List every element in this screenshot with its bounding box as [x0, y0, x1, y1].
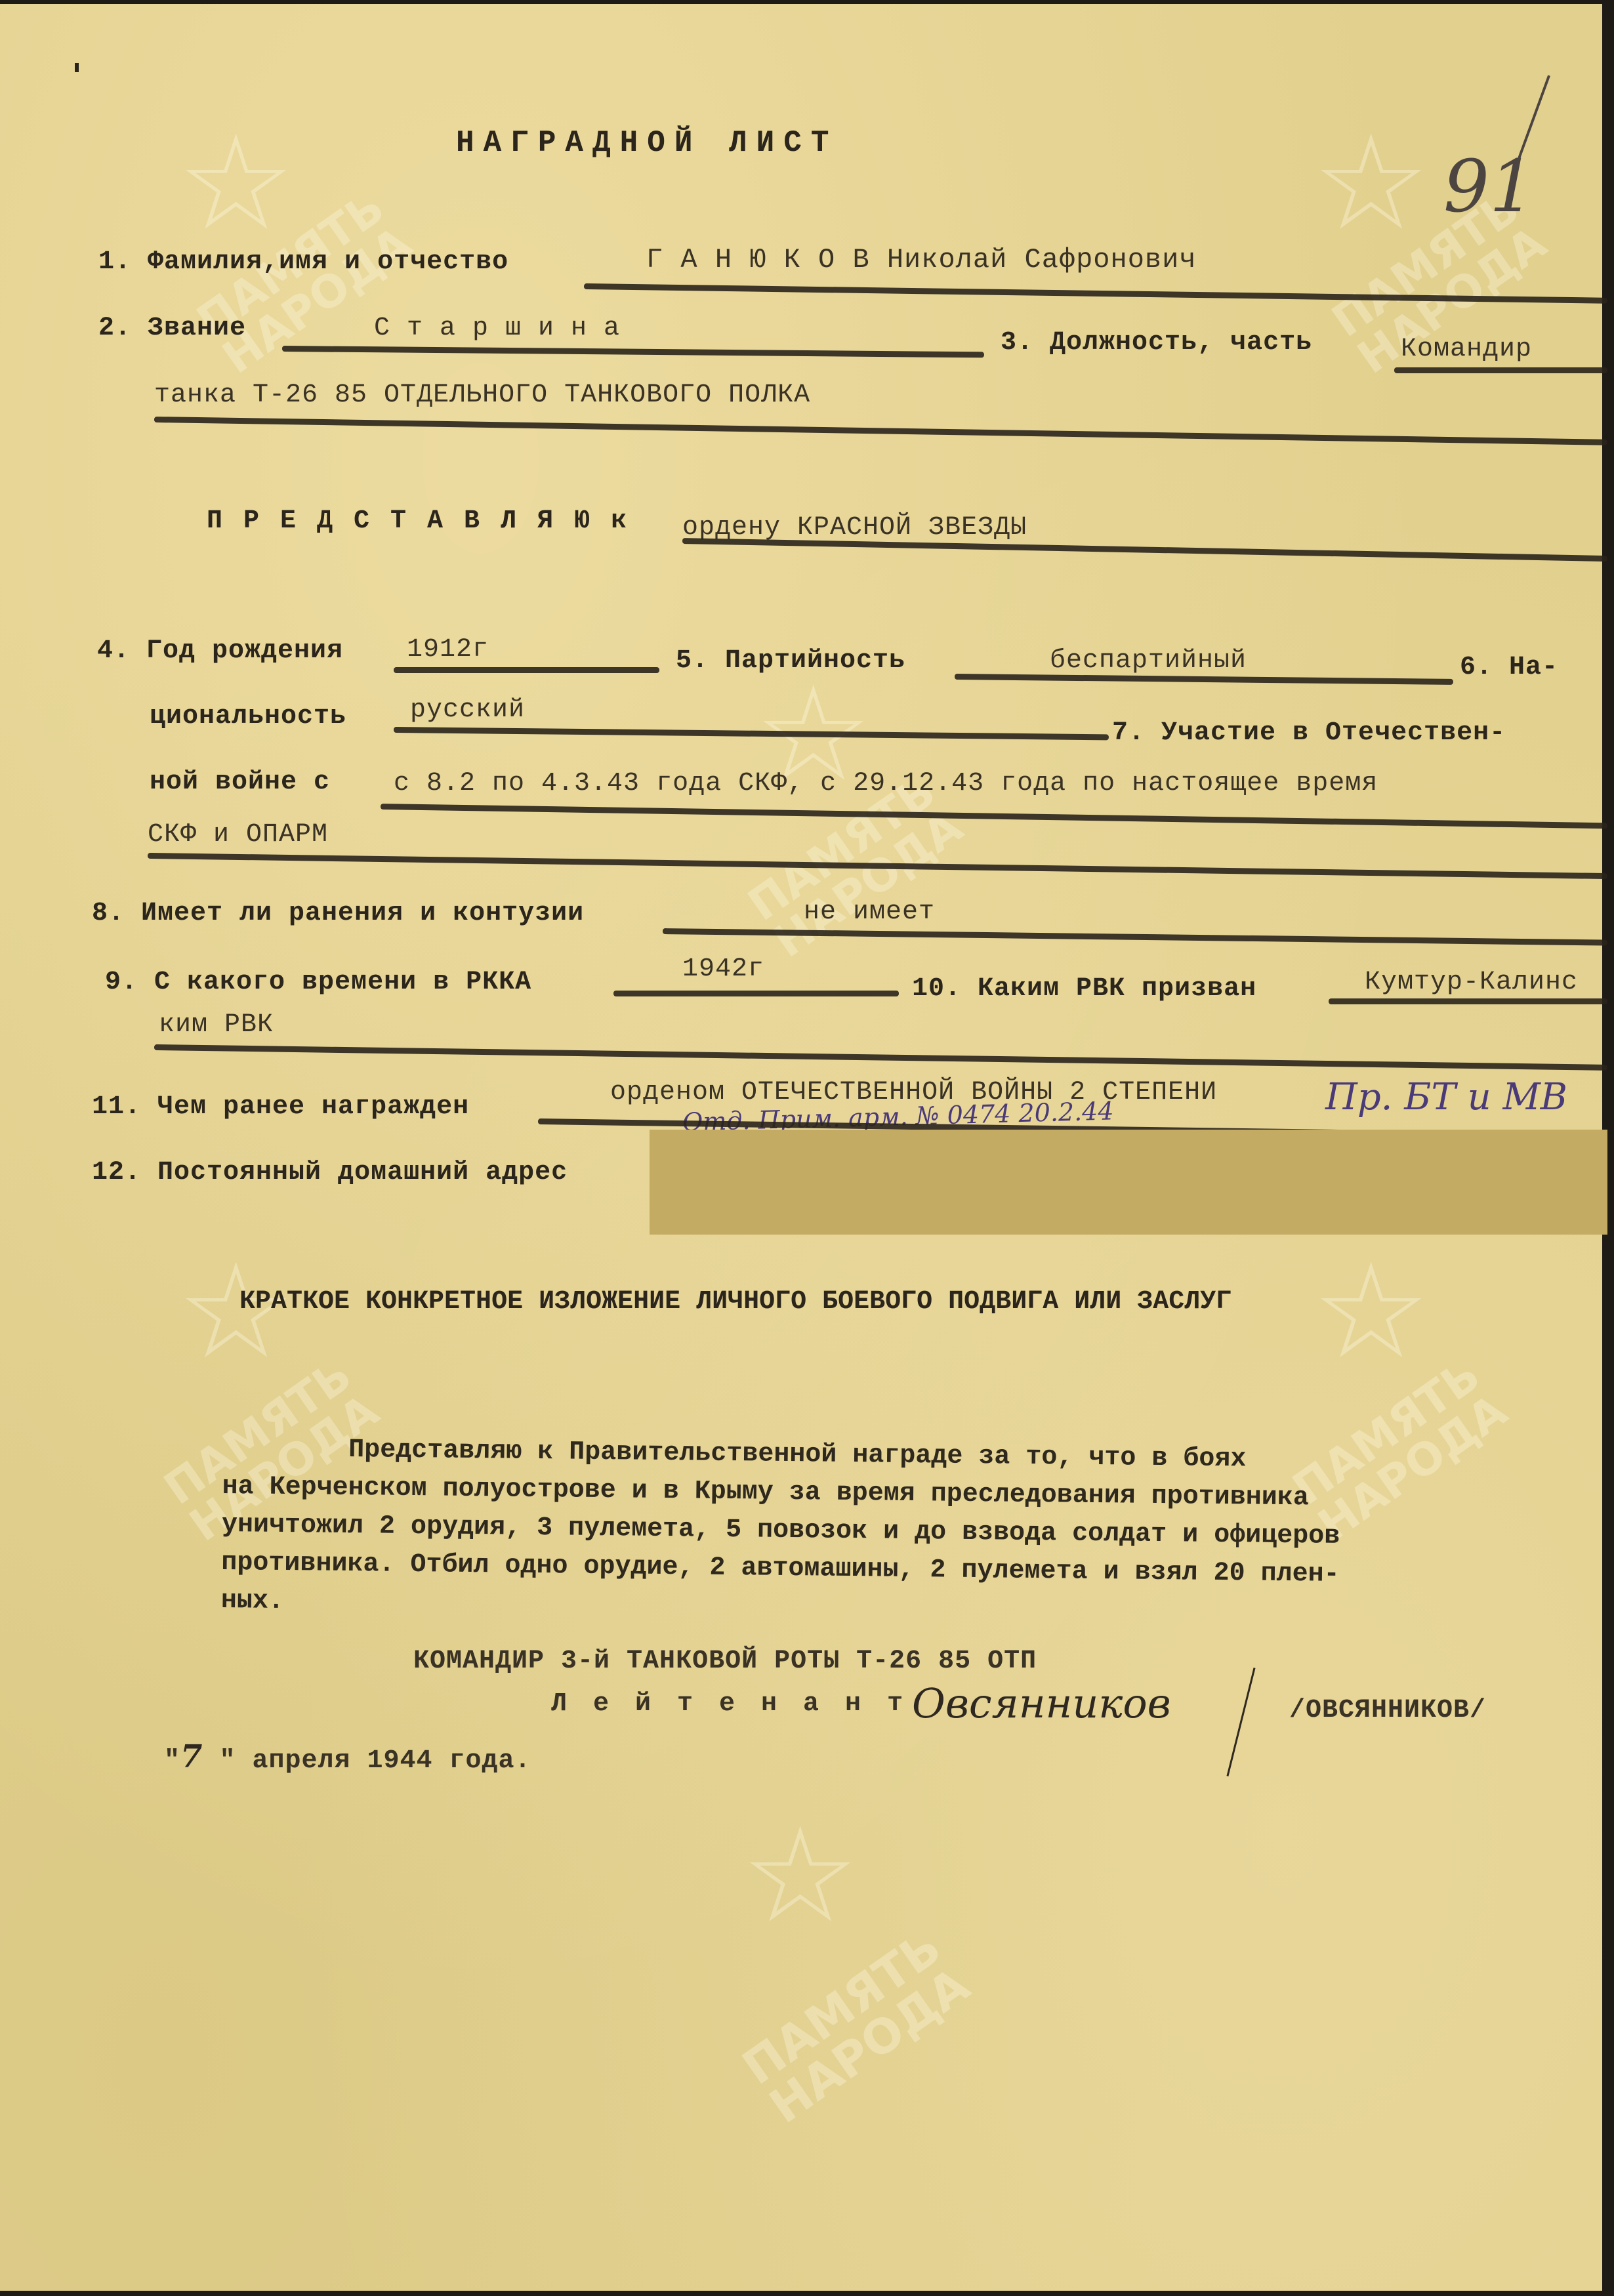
field-7-value-continued: СКФ и ОПАРМ [148, 820, 328, 850]
field-3-value-continued: танка Т-26 85 ОТДЕЛЬНОГО ТАНКОВОГО ПОЛКА [154, 380, 810, 410]
signature: Овсянников [912, 1679, 1171, 1727]
field-8-label: 8. Имеет ли ранения и контузии [92, 899, 584, 928]
field-7-label: 7. Участие в Отечествен- [1112, 718, 1506, 748]
present-value: ордену КРАСНОЙ ЗВЕЗДЫ [682, 513, 1027, 543]
field-7-value: с 8.2 по 4.3.43 года СКФ, с 29.12.43 год… [394, 769, 1378, 798]
section-heading: КРАТКОЕ КОНКРЕТНОЕ ИЗЛОЖЕНИЕ ЛИЧНОГО БОЕ… [239, 1287, 1231, 1317]
watermark-star-icon: ☆ [1312, 118, 1430, 249]
field-9-label: 9. С какого времени в РККА [105, 968, 531, 997]
field-4-value: 1912г [407, 635, 489, 665]
field-6-value: русский [410, 695, 525, 725]
field-11-handwritten-note: Пр. БТ и МВ [1325, 1076, 1567, 1118]
narrative-line: уничтожил 2 орудия, 3 пулемета, 5 повозо… [222, 1510, 1340, 1551]
field-2-label: 2. Звание [98, 314, 246, 343]
watermark-star-icon: ☆ [177, 118, 295, 249]
watermark-star-icon: ☆ [1312, 1246, 1430, 1378]
field-4-label: 4. Год рождения [97, 636, 343, 666]
narrative-line: Представляю к Правительственной награде … [222, 1434, 1247, 1474]
field-3-label: 3. Должность, часть [1001, 328, 1312, 358]
field-4-underline [394, 667, 659, 673]
field-10-value-continued: ким РВК [159, 1010, 274, 1040]
field-8-value: не имеет [804, 897, 935, 927]
field-7-label-continued: ной войне с [150, 768, 330, 797]
narrative-line: ных. [221, 1586, 284, 1616]
field-10-value: Кумтур-Калинс [1365, 968, 1578, 997]
field-12-label: 12. Постоянный домашний адрес [92, 1158, 568, 1187]
field-1-value: Г А Н Ю К О В Николай Сафронович [646, 244, 1197, 276]
field-3-value: Командир [1401, 335, 1532, 364]
present-label: П Р Е Д С Т А В Л Я Ю к [207, 506, 629, 536]
field-11-label: 11. Чем ранее награжден [92, 1092, 469, 1122]
field-5-value: беспартийный [1050, 646, 1247, 676]
redacted-address-block [650, 1130, 1607, 1235]
signatory-position: КОМАНДИР 3-й ТАНКОВОЙ РОТЫ Т-26 85 ОТП [413, 1647, 1037, 1676]
field-10-label: 10. Каким РВК призван [912, 974, 1256, 1004]
narrative-text: Представляю к Правительственной награде … [220, 1430, 1340, 1632]
field-3-underline [1394, 367, 1607, 373]
field-10-underline [1329, 998, 1607, 1004]
date-day-handwritten: 7 [180, 1738, 203, 1775]
watermark-star-icon: ☆ [741, 1811, 859, 1942]
ink-mark [75, 63, 79, 72]
field-6-label: 6. На- [1460, 653, 1558, 682]
narrative-line: на Керченском полуострове и в Крыму за в… [222, 1472, 1309, 1513]
handwritten-page-number: 91 [1443, 144, 1535, 228]
scan-border-top [0, 0, 1614, 4]
document-date: "7 " апреля 1944 года. [164, 1738, 531, 1776]
narrative-line: противника. Отбил одно орудие, 2 автомаш… [221, 1548, 1340, 1589]
signatory-rank: Л е й т е н а н т [551, 1689, 908, 1719]
field-5-label: 5. Партийность [676, 646, 905, 676]
document-title: НАГРАДНОЙ ЛИСТ [456, 126, 838, 160]
field-6-label-continued: циональность [150, 702, 346, 731]
field-1-label: 1. Фамилия,имя и отчество [98, 247, 508, 277]
field-2-value: С т а р ш и н а [374, 314, 620, 343]
date-text: " апреля 1944 года. [219, 1746, 531, 1776]
field-9-value: 1942г [682, 954, 764, 984]
signatory-name: /ОВСЯННИКОВ/ [1289, 1696, 1486, 1725]
field-9-underline [613, 991, 899, 996]
